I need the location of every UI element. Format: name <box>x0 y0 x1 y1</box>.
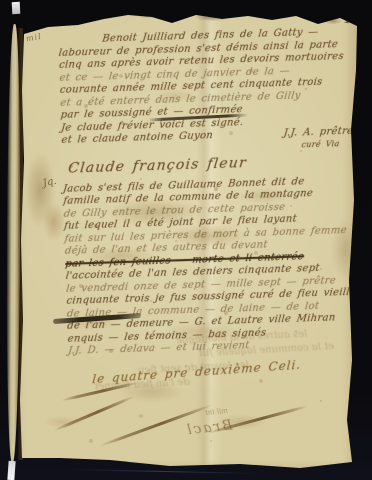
text-block: Benoit Juilliard des fins de la Gatty —l… <box>58 26 360 359</box>
manuscript-scan-photo: les autres de la montagneet la commune l… <box>0 0 372 480</box>
ink-speckles <box>0 0 2 2</box>
white-tab-top <box>12 2 21 14</box>
manuscript-page: les autres de la montagneet la commune l… <box>0 0 372 480</box>
handwriting-segment <box>61 147 62 157</box>
scan-fiber-artifact <box>70 469 260 474</box>
handwriting-segment: curé Via <box>301 139 340 150</box>
white-strip-bottom <box>7 461 15 480</box>
